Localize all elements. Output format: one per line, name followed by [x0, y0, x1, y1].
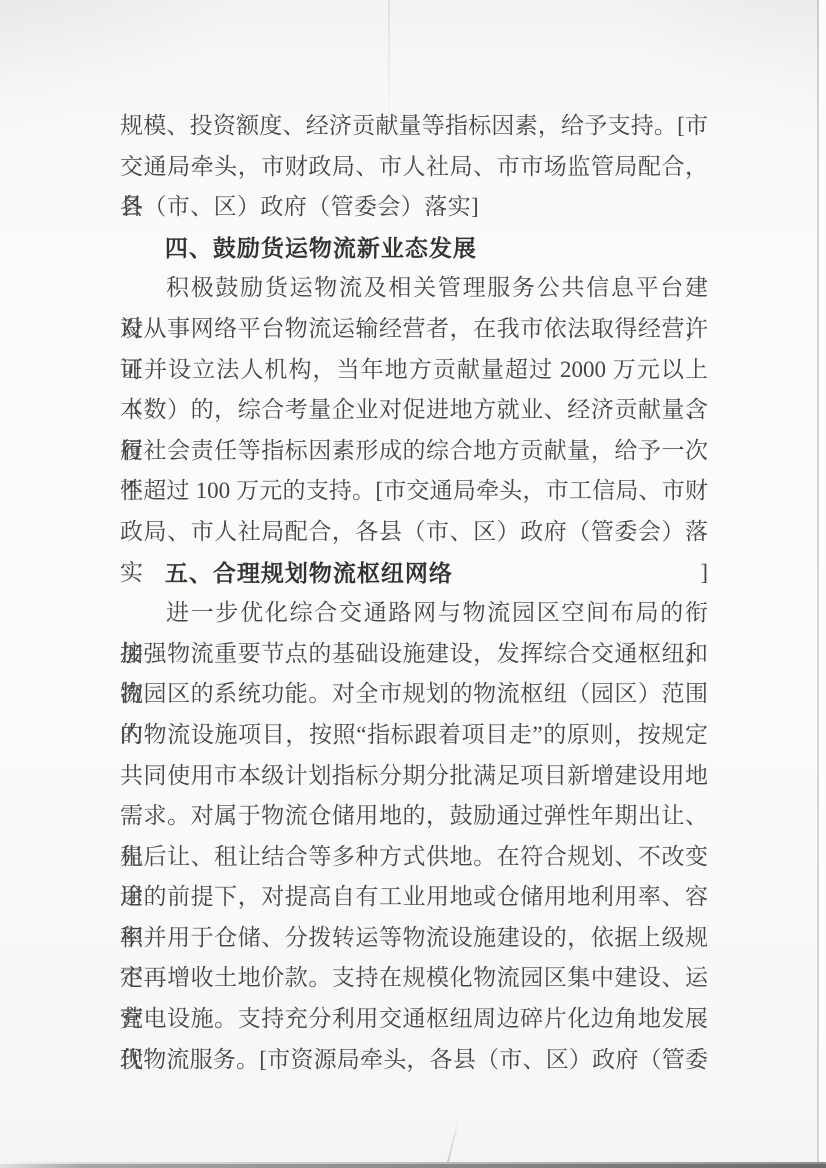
text-line: 进一步优化综合交通路网与物流园区空间布局的衔接， — [120, 593, 708, 634]
scanned-document-page: 规模、投资额度、经济贡献量等指标因素，给予支持。[市交通局牵头，市财政局、市人社… — [0, 0, 826, 1168]
paper-right-edge — [817, 0, 819, 1168]
text-line: 加强物流重要节点的基础设施建设，发挥综合交通枢纽和物 — [120, 634, 708, 675]
text-line: 的物流设施项目，按照“指标跟着项目走”的原则，按规定 — [120, 715, 708, 756]
text-line: 流园区的系统功能。对全市规划的物流枢纽（园区）范围内 — [120, 674, 708, 715]
text-line: 充电设施。支持充分利用交通枢纽周边碎片化边角地发展现 — [120, 999, 708, 1040]
scanner-backing-strip — [819, 0, 826, 1168]
text-line: 县（市、区）政府（管委会）落实] — [120, 187, 708, 228]
text-line: 四、鼓励货运物流新业态发展 — [120, 228, 708, 269]
text-line: 积极鼓励货运物流及相关管理服务公共信息平台建设， — [120, 268, 708, 309]
text-line: 证并设立法人机构，当年地方贡献量超过 2000 万元以上（含 — [120, 350, 708, 391]
text-line: 租后让、租让结合等多种方式供地。在符合规划、不改变用 — [120, 837, 708, 878]
text-line: 途的前提下，对提高自有工业用地或仓储用地利用率、容积 — [120, 877, 708, 918]
text-line: 代物流服务。[市资源局牵头，各县（市、区）政府（管委 — [120, 1040, 708, 1081]
text-line: 不超过 100 万元的支持。[市交通局牵头，市工信局、市财 — [120, 471, 708, 512]
text-line: 对从事网络平台物流运输经营者，在我市依法取得经营许可 — [120, 309, 708, 350]
text-line: 交通局牵头，市财政局、市人社局、市市场监管局配合，各 — [120, 147, 708, 188]
text-line: 不再增收土地价款。支持在规模化物流园区集中建设、运营 — [120, 958, 708, 999]
text-line: 政局、市人社局配合，各县（市、区）政府（管委会）落实] — [120, 512, 708, 553]
text-line: 本数）的，综合考量企业对促进地方就业、经济贡献量、履 — [120, 390, 708, 431]
text-line: 共同使用市本级计划指标分期分批满足项目新增建设用地 — [120, 756, 708, 797]
text-line: 行社会责任等指标因素形成的综合地方贡献量，给予一次性 — [120, 431, 708, 472]
text-line: 规模、投资额度、经济贡献量等指标因素，给予支持。[市 — [120, 106, 708, 147]
text-line: 率并用于仓储、分拨转运等物流设施建设的，依据上级规定 — [120, 918, 708, 959]
text-line: 需求。对属于物流仓储用地的，鼓励通过弹性年期出让、先 — [120, 796, 708, 837]
paper-crease-bottom — [446, 1118, 460, 1165]
document-body: 规模、投资额度、经济贡献量等指标因素，给予支持。[市交通局牵头，市财政局、市人社… — [120, 106, 708, 1080]
scanner-bottom-edge — [0, 1162, 826, 1168]
